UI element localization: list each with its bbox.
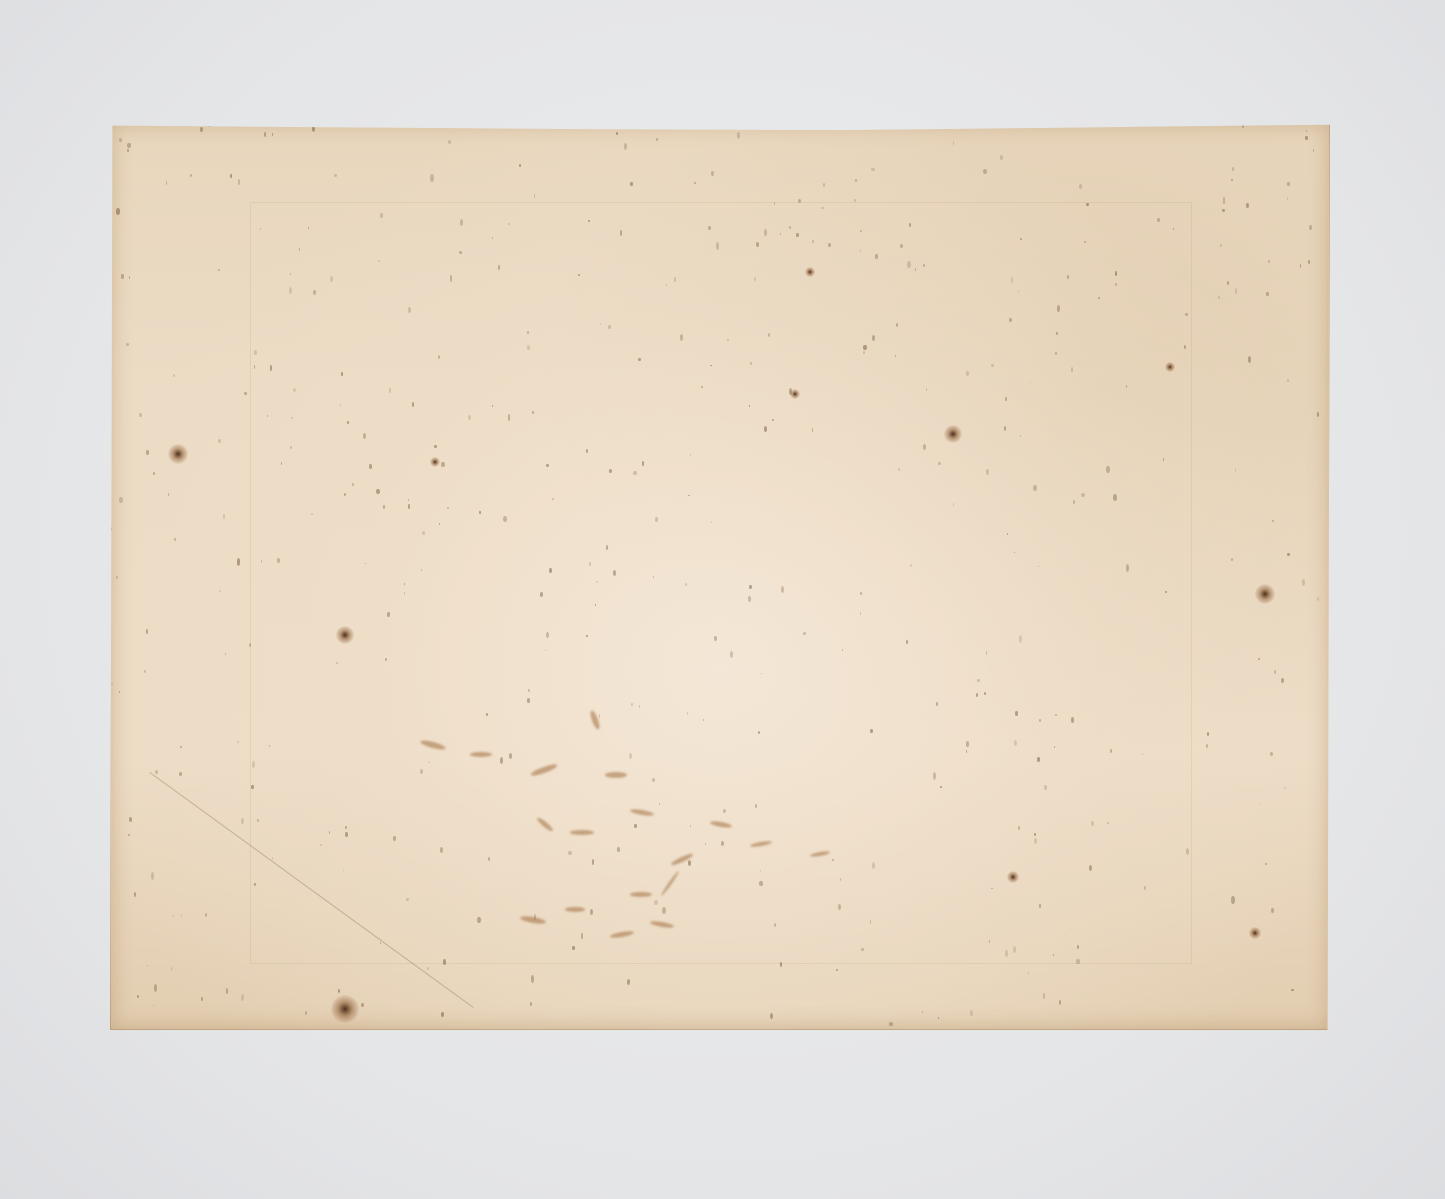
paper-speck: [430, 174, 433, 182]
paper-speck: [1231, 896, 1234, 903]
paper-speck: [638, 358, 641, 361]
paper-speck: [168, 493, 169, 495]
paper-speck: [1231, 179, 1233, 181]
paper-speck: [1055, 714, 1057, 716]
paper-speck: [1270, 752, 1273, 756]
paper-speck: [624, 143, 627, 150]
paper-speck: [1142, 753, 1143, 755]
paper-speck: [634, 824, 637, 828]
paper-speck: [1210, 1015, 1211, 1016]
paper-speck: [723, 809, 726, 814]
paper-speck: [427, 967, 429, 969]
paper-speck: [393, 836, 396, 840]
burn-spot: [331, 995, 359, 1023]
paper-speck: [345, 826, 347, 829]
paper-speck: [261, 560, 262, 562]
paper-speck: [1235, 468, 1237, 472]
paper-speck: [251, 785, 254, 790]
paper-speck: [218, 439, 221, 443]
paper-speck: [590, 909, 593, 915]
paper-speck: [254, 350, 257, 354]
paper-speck: [652, 778, 655, 782]
paper-speck: [854, 199, 856, 202]
paper-speck: [984, 692, 986, 695]
paper-speck: [1020, 435, 1021, 436]
paper-speck: [385, 658, 387, 660]
paper-speck: [128, 834, 129, 835]
paper-speck: [173, 374, 175, 378]
paper-speck: [915, 268, 916, 271]
paper-speck: [1218, 296, 1220, 299]
paper-speck: [796, 233, 798, 237]
paper-speck: [422, 531, 425, 534]
paper-speck: [708, 226, 710, 230]
paper-speck: [1077, 945, 1079, 949]
paper-speck: [361, 1003, 364, 1007]
paper-speck: [727, 339, 728, 341]
paper-speck: [1076, 959, 1079, 964]
paper-speck: [756, 242, 759, 246]
paper-speck: [257, 819, 259, 822]
paper-speck: [1091, 821, 1094, 826]
stain-streak: [565, 907, 585, 912]
paper-speck: [119, 691, 121, 693]
paper-speck: [146, 629, 148, 634]
paper-speck: [369, 464, 372, 469]
paper-speck: [1271, 908, 1274, 914]
paper-speck: [798, 199, 801, 203]
paper-speck: [219, 590, 221, 593]
paper-speck: [1291, 989, 1293, 991]
paper-speck: [1009, 318, 1012, 321]
paper-speck: [1015, 711, 1018, 716]
paper-speck: [900, 244, 903, 248]
paper-speck: [761, 673, 762, 674]
paper-speck: [1231, 558, 1234, 561]
paper-speck: [871, 168, 874, 171]
paper-speck: [1258, 658, 1260, 660]
paper-speck: [1071, 717, 1073, 723]
paper-speck: [477, 917, 480, 924]
paper-speck: [174, 538, 176, 541]
paper-speck: [1284, 787, 1285, 789]
paper-speck: [630, 182, 633, 186]
paper-speck: [1309, 225, 1312, 230]
paper-speck: [237, 741, 239, 743]
paper-speck: [875, 254, 877, 259]
paper-speck: [540, 592, 543, 597]
paper-speck: [147, 965, 148, 966]
paper-speck: [617, 847, 620, 851]
paper-speck: [1317, 412, 1319, 417]
paper-speck: [662, 907, 665, 914]
paper-speck: [907, 261, 910, 268]
paper-speck: [1232, 167, 1234, 171]
paper-speck: [408, 307, 411, 312]
paper-speck: [289, 287, 292, 293]
paper-speck: [1037, 757, 1039, 763]
paper-speck: [127, 149, 129, 152]
paper-speck: [338, 989, 341, 993]
paper-speck: [1235, 288, 1238, 294]
paper-speck: [139, 413, 141, 417]
paper-speck: [789, 226, 791, 229]
paper-speck: [1110, 749, 1112, 753]
paper-speck: [861, 948, 864, 951]
paper-speck: [241, 818, 244, 824]
paper-speck: [127, 143, 130, 148]
paper-speck: [608, 325, 611, 329]
paper-speck: [129, 276, 130, 279]
paper-speck: [527, 345, 530, 349]
paper-speck: [179, 772, 182, 776]
paper-speck: [129, 817, 132, 822]
paper-speck: [347, 421, 349, 424]
paper-speck: [116, 576, 118, 579]
paper-speck: [154, 984, 157, 992]
paper-speck: [1266, 292, 1268, 295]
paper-speck: [121, 274, 123, 279]
paper-speck: [748, 596, 751, 601]
paper-speck: [173, 915, 174, 917]
paper-speck: [330, 276, 333, 283]
paper-speck: [226, 988, 229, 994]
paper-speck: [531, 975, 534, 982]
paper-speck: [180, 746, 182, 748]
paper-speck: [983, 169, 986, 174]
paper-speck: [1306, 130, 1307, 132]
paper-speck: [1268, 260, 1270, 263]
paper-speck: [406, 898, 409, 901]
paper-speck: [1302, 579, 1305, 585]
paper-speck: [1005, 397, 1007, 401]
paper-speck: [218, 269, 220, 272]
paper-speck: [503, 516, 506, 522]
paper-speck: [780, 962, 782, 967]
paper-speck: [305, 1011, 307, 1014]
paper-speck: [1059, 1000, 1061, 1006]
paper-speck: [1089, 865, 1092, 871]
stain-streak: [630, 892, 652, 897]
paper-speck: [770, 1013, 773, 1019]
paper-speck: [694, 182, 696, 184]
paper-speck: [772, 419, 774, 421]
paper-speck: [572, 946, 574, 949]
paper-speck: [378, 260, 379, 262]
paper-speck: [254, 365, 256, 369]
paper-speck: [922, 1011, 923, 1013]
paper-speck: [200, 127, 203, 132]
paper-speck: [420, 769, 423, 774]
paper-speck: [629, 753, 632, 759]
paper-speck: [711, 171, 714, 177]
paper-speck: [290, 273, 291, 275]
paper-speck: [633, 471, 636, 474]
paper-speck: [546, 632, 549, 638]
paper-speck: [1317, 597, 1320, 600]
paper-speck: [1246, 203, 1249, 208]
paper-speck: [863, 345, 866, 350]
paper-speck: [193, 290, 194, 292]
paper-speck: [1079, 184, 1082, 190]
paper-speck: [760, 870, 761, 872]
foxing-spot: [1165, 362, 1175, 372]
paper-speck: [823, 183, 826, 187]
paper-speck: [1287, 379, 1289, 382]
paper-speck: [225, 653, 226, 655]
paper-speck: [509, 753, 512, 759]
paper-speck: [666, 284, 667, 285]
paper-speck: [1222, 209, 1225, 213]
paper-speck: [439, 523, 440, 525]
paper-speck: [1287, 197, 1288, 200]
foxing-spot: [1007, 871, 1019, 883]
paper-speck: [1206, 744, 1208, 749]
paper-speck: [201, 997, 203, 1001]
paper-speck: [1034, 833, 1036, 836]
paper-speck: [1287, 182, 1289, 185]
paper-speck: [764, 426, 767, 431]
paper-speck: [656, 138, 658, 141]
paper-speck: [1313, 149, 1314, 151]
paper-speck: [1260, 803, 1262, 805]
paper-speck: [654, 900, 657, 906]
paper-speck: [345, 832, 348, 837]
stain-streak: [470, 752, 492, 757]
aged-paper-sheet: [110, 122, 1330, 1030]
paper-speck: [836, 969, 838, 972]
paper-speck: [1019, 635, 1022, 642]
paper-speck: [1056, 332, 1057, 336]
foxing-spot: [430, 457, 440, 467]
paper-speck: [320, 844, 321, 846]
paper-speck: [363, 433, 366, 439]
paper-speck: [468, 415, 471, 420]
paper-speck: [1028, 972, 1029, 974]
paper-speck: [244, 392, 247, 395]
paper-speck: [1107, 822, 1109, 824]
paper-speck: [137, 995, 139, 998]
paper-speck: [441, 1012, 444, 1017]
paper-speck: [146, 450, 149, 456]
paper-speck: [1034, 838, 1037, 844]
paper-speck: [1000, 155, 1003, 161]
paper-speck: [1005, 950, 1008, 957]
paper-speck: [527, 698, 530, 703]
paper-speck: [1144, 886, 1146, 890]
paper-speck: [308, 227, 309, 229]
paper-speck: [237, 558, 240, 566]
paper-speck: [144, 670, 147, 673]
foxing-spot: [805, 267, 815, 277]
paper-speck: [860, 230, 862, 232]
paper-speck: [872, 335, 875, 341]
paper-speck: [589, 562, 591, 566]
paper-speck: [781, 586, 784, 593]
paper-speck: [1113, 494, 1116, 501]
paper-speck: [549, 568, 552, 574]
paper-speck: [991, 364, 994, 367]
stain-streak: [570, 830, 594, 835]
paper-speck: [1126, 564, 1129, 571]
paper-speck: [126, 343, 129, 346]
paper-speck: [759, 881, 762, 886]
paper-speck: [616, 132, 617, 134]
paper-speck: [1300, 264, 1302, 268]
paper-speck: [586, 449, 588, 453]
paper-speck: [1039, 719, 1041, 722]
paper-speck: [134, 892, 136, 897]
paper-speck: [1030, 382, 1031, 383]
paper-speck: [223, 514, 226, 519]
paper-speck: [1039, 904, 1041, 908]
paper-speck: [923, 264, 925, 267]
paper-speck: [380, 942, 381, 943]
paper-speck: [1274, 670, 1277, 674]
paper-speck: [241, 994, 244, 1000]
paper-speck: [774, 202, 775, 205]
paper-speck: [272, 857, 273, 860]
paper-speck: [376, 489, 379, 495]
paper-speck: [488, 857, 490, 860]
paper-speck: [254, 883, 255, 886]
paper-speck: [421, 569, 422, 571]
paper-speck: [448, 140, 451, 145]
paper-speck: [803, 632, 806, 635]
paper-speck: [680, 334, 683, 340]
paper-speck: [737, 132, 740, 139]
paper-speck: [519, 164, 522, 167]
paper-speck: [716, 242, 719, 249]
paper-speck: [568, 851, 571, 854]
paper-speck: [1067, 275, 1069, 279]
paper-speck: [290, 446, 292, 449]
paper-speck: [119, 138, 122, 141]
paper-speck: [387, 612, 390, 617]
paper-speck: [334, 174, 336, 177]
paper-speck: [291, 417, 292, 419]
paper-speck: [970, 1010, 973, 1016]
paper-speck: [627, 979, 630, 986]
paper-speck: [1305, 136, 1307, 140]
paper-speck: [408, 504, 411, 509]
paper-speck: [389, 388, 391, 392]
paper-speck: [119, 497, 122, 503]
paper-speck: [459, 251, 462, 254]
paper-speck: [438, 355, 440, 359]
paper-speck: [1223, 197, 1226, 203]
paper-speck: [889, 1022, 892, 1026]
paper-speck: [1115, 283, 1117, 286]
paper-speck: [933, 772, 936, 780]
foxing-spot: [168, 444, 188, 464]
paper-speck: [940, 786, 942, 789]
paper-speck: [479, 511, 480, 513]
paper-speck: [171, 967, 172, 971]
paper-speck: [151, 872, 154, 880]
paper-speck: [1106, 466, 1109, 473]
paper-speck: [181, 914, 182, 917]
foxing-spot: [1255, 584, 1275, 604]
paper-speck: [749, 405, 751, 407]
paper-speck: [1011, 277, 1014, 282]
paper-speck: [703, 719, 704, 721]
paper-speck: [1071, 367, 1073, 372]
paper-speck: [1272, 520, 1274, 522]
paper-speck: [860, 592, 862, 595]
paper-speck: [344, 493, 346, 495]
paper-speck: [530, 1002, 532, 1006]
paper-speck: [774, 923, 776, 927]
paper-speck: [1207, 732, 1209, 736]
paper-speck: [440, 847, 443, 853]
foxing-spot: [1249, 927, 1261, 939]
paper-speck: [111, 684, 112, 686]
plate-mark-impression: [250, 202, 1192, 964]
paper-speck: [166, 181, 168, 185]
paper-speck: [1098, 297, 1100, 299]
paper-speck: [687, 712, 688, 714]
paper-speck: [1220, 244, 1222, 247]
paper-speck: [758, 731, 760, 733]
paper-speck: [1033, 485, 1036, 491]
paper-speck: [1165, 591, 1167, 593]
paper-speck: [986, 469, 989, 475]
paper-speck: [581, 933, 583, 938]
paper-speck: [953, 141, 955, 145]
paper-speck: [977, 679, 980, 682]
paper-speck: [1043, 993, 1045, 999]
paper-speck: [153, 1005, 154, 1007]
paper-speck: [190, 174, 192, 177]
paper-speck: [821, 207, 823, 210]
paper-speck: [264, 132, 266, 137]
foxing-spot: [944, 425, 962, 443]
paper-speck: [838, 904, 840, 910]
paper-speck: [749, 585, 752, 589]
paper-speck: [1281, 678, 1284, 683]
paper-speck: [532, 411, 534, 414]
paper-speck: [116, 208, 119, 215]
paper-speck: [1157, 218, 1159, 222]
paper-speck: [238, 179, 240, 185]
paper-speck: [155, 770, 158, 774]
stain-streak: [605, 772, 627, 778]
paper-speck: [383, 505, 385, 509]
paper-speck: [1265, 863, 1267, 865]
paper-speck: [659, 803, 660, 804]
paper-speck: [341, 372, 342, 375]
paper-speck: [730, 651, 733, 658]
paper-speck: [966, 750, 967, 753]
paper-speck: [205, 913, 207, 917]
paper-speck: [1227, 281, 1230, 286]
paper-speck: [1081, 493, 1084, 497]
paper-speck: [1287, 553, 1290, 556]
paper-speck: [855, 179, 857, 182]
paper-speck: [938, 1017, 939, 1019]
paper-speck: [230, 174, 232, 178]
paper-speck: [1186, 848, 1189, 855]
paper-speck: [1084, 241, 1086, 243]
paper-speck: [1073, 500, 1075, 504]
paper-speck: [976, 693, 978, 696]
paper-speck: [272, 133, 273, 136]
foxing-spot: [336, 626, 354, 644]
paper-speck: [441, 462, 444, 468]
paper-speck: [1248, 356, 1251, 363]
paper-speck: [277, 558, 280, 563]
